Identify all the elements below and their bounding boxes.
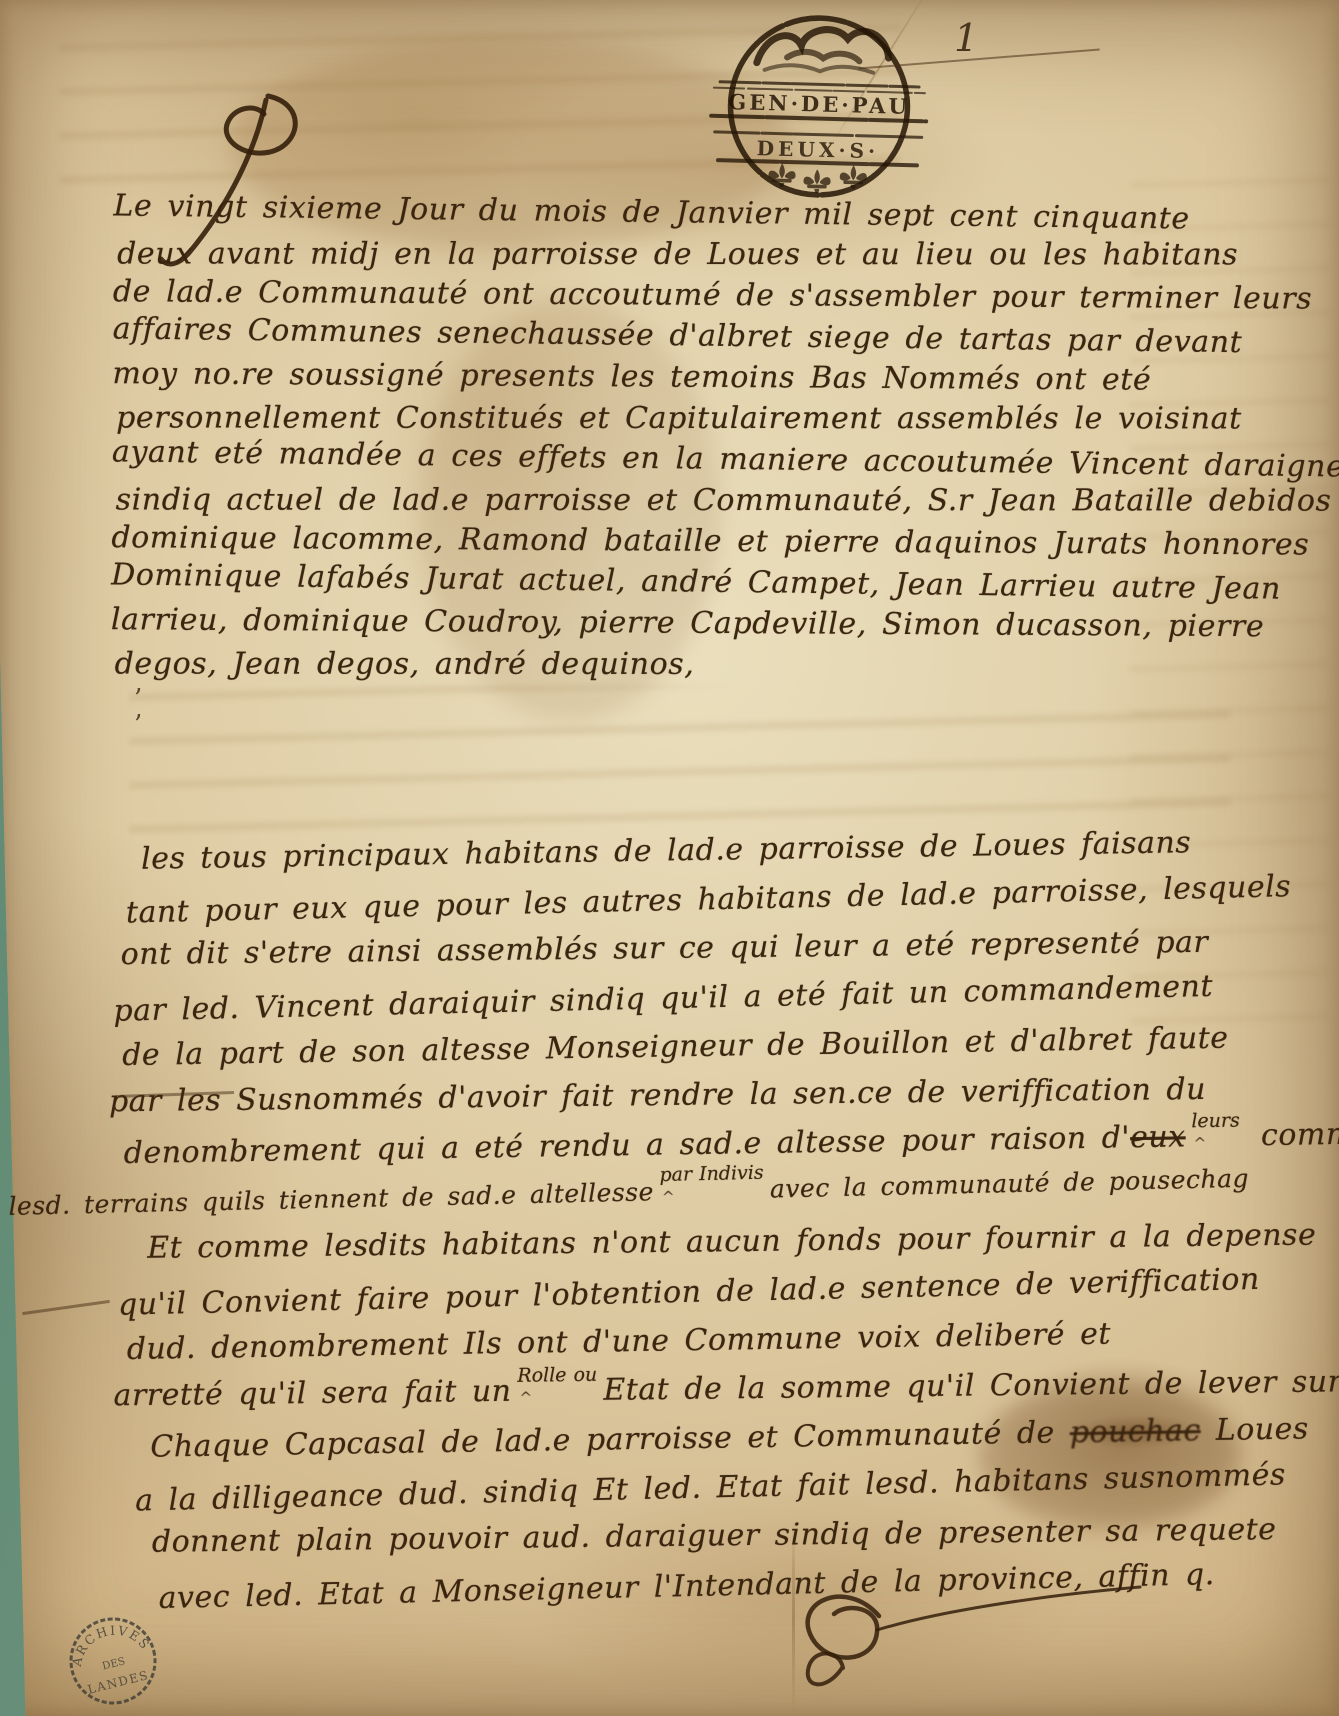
page-number: 1 (954, 16, 978, 60)
struck-word: eux (1130, 1119, 1186, 1155)
stamp-region-text: GEN·DE·PAU (728, 89, 910, 119)
interlinear-note: par Indivis (659, 1162, 764, 1186)
interlinear-note: Rolle ou (517, 1364, 597, 1387)
paragraph-2: les tous principaux habitans de lad.e pa… (119, 821, 1339, 1626)
line-text: Etat de la somme qu'il Convient de lever… (603, 1364, 1339, 1407)
manuscript-line: sindiq actuel de lad.e parroisse et Comm… (116, 482, 1339, 524)
struck-word: pouchac (1070, 1413, 1201, 1450)
interlinear-note: leurs (1191, 1109, 1240, 1132)
archive-stamp-middle-text: DES (101, 1655, 126, 1672)
paragraph-1: Le vingt sixieme Jour du mois de Janvier… (111, 192, 1339, 692)
fiscal-stamp: GEN·DE·PAU DEUX·S· (690, 5, 947, 208)
manuscript-line: deux avant midj en la parroisse de Loues… (117, 236, 1339, 278)
line-text: Loues (1200, 1411, 1309, 1448)
line-text: communaux (1246, 1115, 1339, 1153)
closing-paraph-icon (636, 1552, 1158, 1710)
manuscript-scan-page: GEN·DE·PAU DEUX·S· 1 Le vingt sixieme Jo… (0, 0, 1339, 1716)
manuscript-line: degos, Jean degos, andré dequinos, (115, 646, 1339, 688)
stray-pen-marks: ’ ’ (134, 686, 142, 738)
line-text: arretté qu'il sera fait un (113, 1374, 511, 1414)
manuscript-line: larrieu, dominique Coudroy, pierre Capde… (111, 602, 1339, 651)
manuscript-line: moy no.re soussigné presents les temoins… (112, 356, 1339, 405)
stamp-value-text: DEUX·S· (756, 136, 879, 163)
